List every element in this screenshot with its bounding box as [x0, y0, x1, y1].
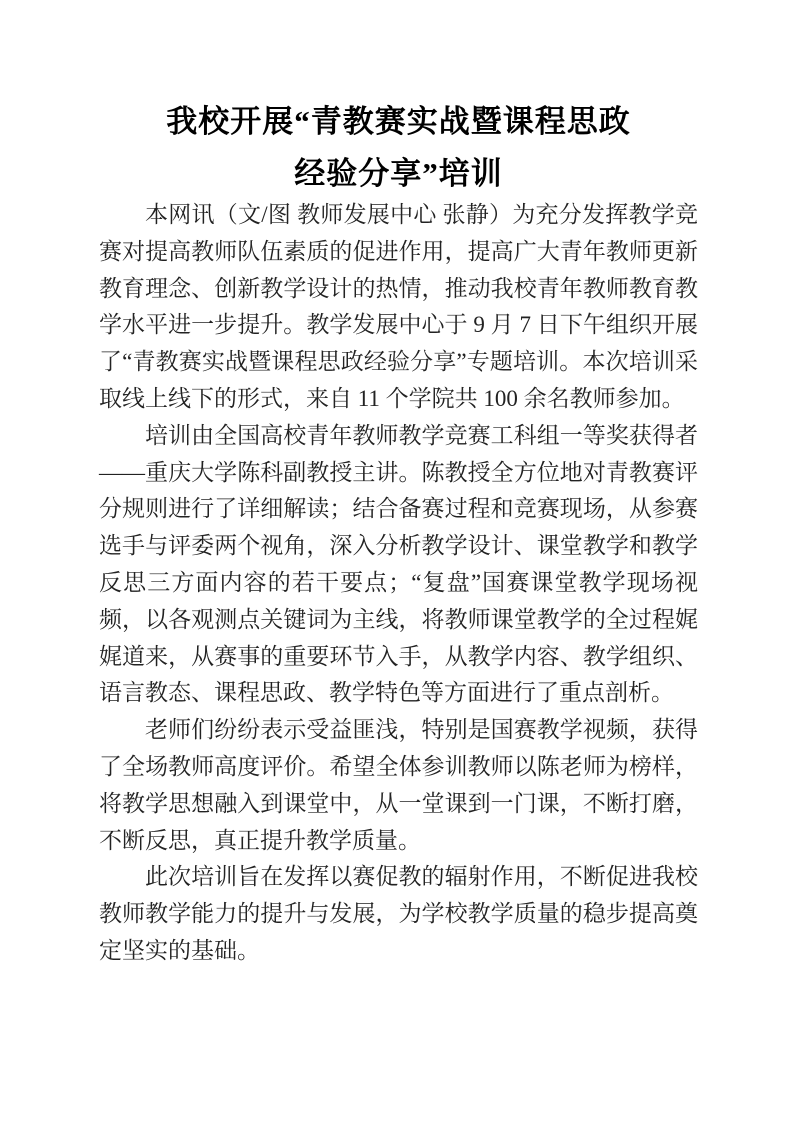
article-title: 我校开展“青教赛实战暨课程思政 经验分享”培训 — [99, 96, 698, 200]
paragraph-4: 此次培训旨在发挥以赛促教的辐射作用，不断促进我校教师教学能力的提升与发展，为学校… — [99, 859, 698, 969]
article-title-line-2: 经验分享”培训 — [99, 148, 698, 200]
paragraph-3: 老师们纷纷表示受益匪浅，特别是国赛教学视频，获得了全场教师高度评价。希望全体参训… — [99, 712, 698, 859]
paragraph-1: 本网讯（文/图 教师发展中心 张静）为充分发挥教学竞赛对提高教师队伍素质的促进作… — [99, 197, 698, 418]
document-page: 我校开展“青教赛实战暨课程思政 经验分享”培训 本网讯（文/图 教师发展中心 张… — [0, 0, 793, 1122]
paragraph-2: 培训由全国高校青年教师教学竞赛工科组一等奖获得者——重庆大学陈科副教授主讲。陈教… — [99, 418, 698, 712]
article-body: 本网讯（文/图 教师发展中心 张静）为充分发挥教学竞赛对提高教师队伍素质的促进作… — [99, 197, 698, 970]
article-title-line-1: 我校开展“青教赛实战暨课程思政 — [99, 96, 698, 148]
